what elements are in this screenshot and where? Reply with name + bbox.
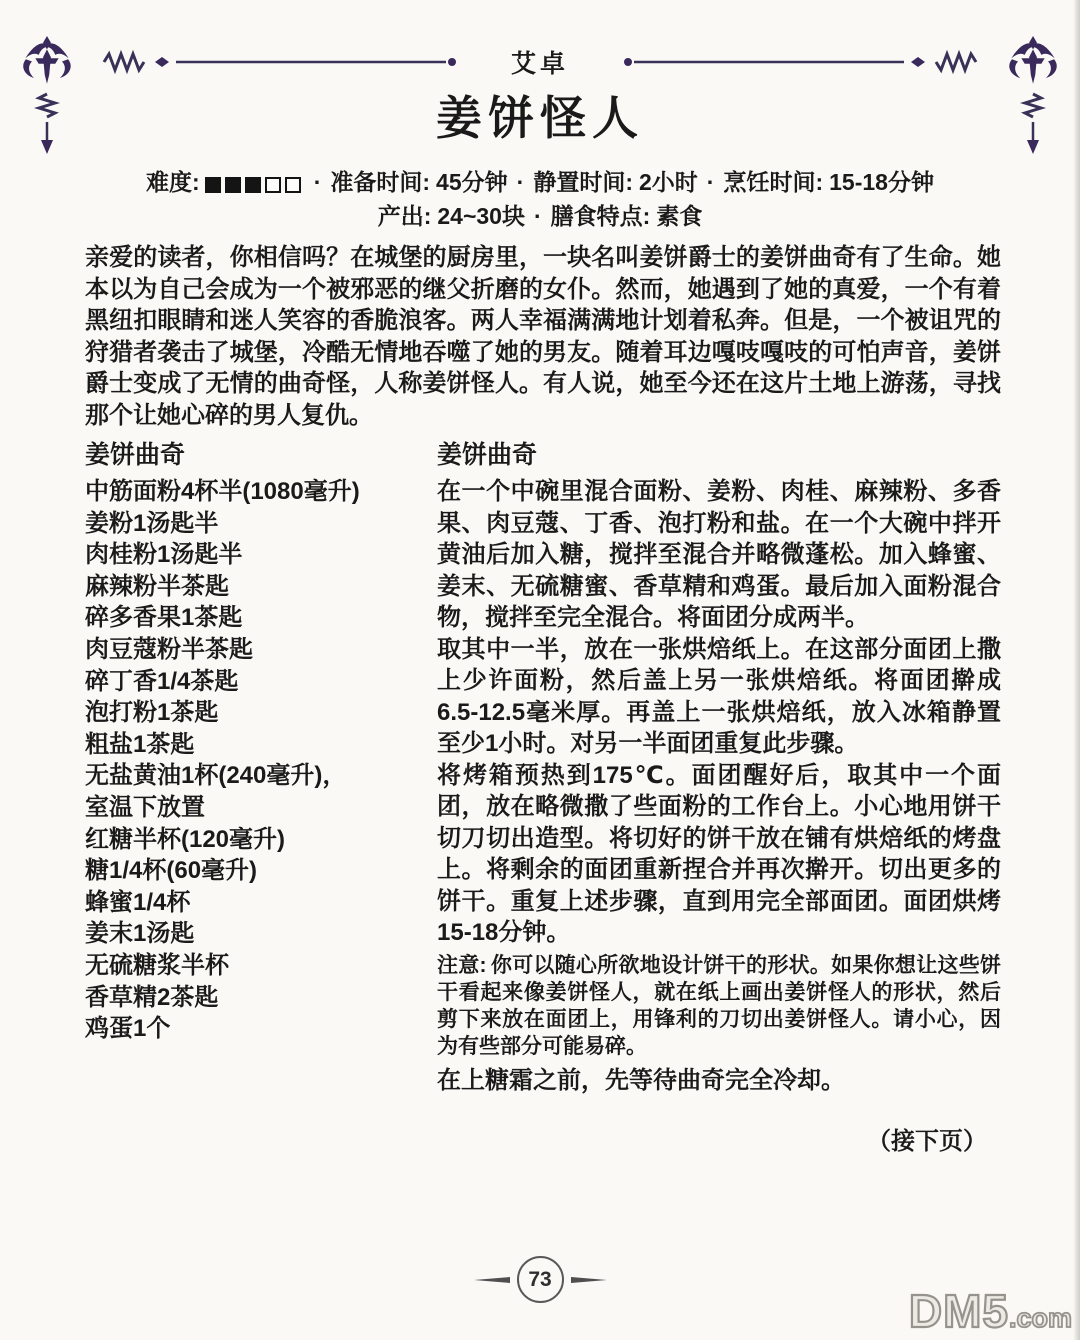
meta-line-2: 产出:24~30块·膳食特点:素食 [0, 200, 1080, 233]
meta-separator: · [517, 169, 525, 195]
instruction-paragraph: 在一个中碗里混合面粉、姜粉、肉桂、麻辣粉、多香果、肉豆蔻、丁香、泡打粉和盐。在一… [437, 476, 1001, 634]
diet-value: 素食 [656, 203, 702, 229]
meta-separator: · [707, 169, 715, 195]
meta-separator: · [314, 169, 322, 195]
ingredient-item: 无硫糖浆半杯 [85, 950, 435, 982]
instruction-paragraph: 将烤箱预热到175℃。面团醒好后，取其中一个面团，放在略微撒了些面粉的工作台上。… [437, 760, 1001, 949]
prep-time-value: 45分钟 [436, 169, 508, 195]
difficulty-square-empty [285, 177, 301, 193]
instruction-paragraph: 取其中一半，放在一张烘焙纸上。在这部分面团上撒上少许面粉，然后盖上另一张烘焙纸。… [437, 634, 1001, 760]
yield-value: 24~30块 [437, 203, 525, 229]
note-text: 你可以随心所欲地设计饼干的形状。如果你想让这些饼干看起来像姜饼怪人，就在纸上画出… [437, 954, 1001, 1058]
difficulty-square-filled [245, 177, 261, 193]
instructions-header: 姜饼曲奇 [437, 440, 1001, 471]
ingredient-item: 姜末1汤匙 [85, 918, 435, 950]
meta-line-1: 难度:·准备时间:45分钟·静置时间:2小时·烹饪时间:15-18分钟 [0, 166, 1080, 200]
rest-time-value: 2小时 [639, 169, 698, 195]
ingredient-item: 中筋面粉4杯半(1080毫升) [85, 476, 435, 508]
instructions-column: 姜饼曲奇 在一个中碗里混合面粉、姜粉、肉桂、麻辣粉、多香果、肉豆蔻、丁香、泡打粉… [437, 440, 1001, 1156]
ingredient-item: 泡打粉1茶匙 [85, 697, 435, 729]
ingredient-item: 麻辣粉半茶匙 [85, 571, 435, 603]
recipe-meta: 难度:·准备时间:45分钟·静置时间:2小时·烹饪时间:15-18分钟 产出:2… [0, 166, 1080, 233]
ingredient-item: 粗盐1茶匙 [85, 729, 435, 761]
scan-edge-shadow [1073, 0, 1080, 1340]
watermark-main: DM5 [909, 1285, 1009, 1337]
ingredient-item: 姜粉1汤匙半 [85, 508, 435, 540]
cookbook-page: 艾卓 姜饼怪人 难度:·准备时间:45分钟·静置时间:2小时·烹饪时间:15-1… [0, 0, 1080, 1340]
difficulty-meter [205, 167, 305, 200]
rest-time-label: 静置时间: [533, 169, 633, 195]
story-intro: 亲爱的读者，你相信吗？在城堡的厨房里，一块名叫姜饼爵士的姜饼曲奇有了生命。她本以… [85, 242, 1001, 431]
page-title: 姜饼怪人 [0, 82, 1080, 148]
ingredient-item: 室温下放置 [85, 792, 435, 824]
cook-time-value: 15-18分钟 [829, 169, 934, 195]
note-label: 注意: [437, 954, 487, 977]
ingredient-item: 无盐黄油1杯(240毫升)， [85, 760, 435, 792]
ingredient-item: 鸡蛋1个 [85, 1013, 435, 1045]
diet-label: 膳食特点: [551, 203, 651, 229]
ingredient-item: 红糖半杯(120毫升) [85, 824, 435, 856]
ingredient-item: 肉豆蔻粉半茶匙 [85, 634, 435, 666]
meta-separator: · [534, 203, 542, 229]
instruction-paragraphs: 在一个中碗里混合面粉、姜粉、肉桂、麻辣粉、多香果、肉豆蔻、丁香、泡打粉和盐。在一… [437, 476, 1001, 949]
footer-rule-right [571, 1276, 607, 1284]
prep-time-label: 准备时间: [330, 169, 430, 195]
footer-rule-left [474, 1276, 510, 1284]
recipe-note: 注意:你可以随心所欲地设计饼干的形状。如果你想让这些饼干看起来像姜饼怪人，就在纸… [437, 952, 1001, 1060]
cook-time-label: 烹饪时间: [723, 169, 823, 195]
watermark-logo: DM5.com [909, 1288, 1072, 1334]
difficulty-square-empty [265, 177, 281, 193]
ingredient-item: 碎多香果1茶匙 [85, 602, 435, 634]
page-number: 73 [528, 1268, 551, 1292]
ingredients-column: 姜饼曲奇 中筋面粉4杯半(1080毫升)姜粉1汤匙半肉桂粉1汤匙半麻辣粉半茶匙碎… [85, 440, 435, 1045]
difficulty-label: 难度: [146, 169, 200, 195]
page-number-badge: 73 [517, 1256, 564, 1303]
watermark-suffix: .com [1009, 1303, 1072, 1333]
difficulty-square-filled [225, 177, 241, 193]
continued-next-page: （接下页） [437, 1121, 1001, 1156]
ingredients-list: 中筋面粉4杯半(1080毫升)姜粉1汤匙半肉桂粉1汤匙半麻辣粉半茶匙碎多香果1茶… [85, 476, 435, 1045]
ingredient-item: 香草精2茶匙 [85, 982, 435, 1014]
yield-label: 产出: [378, 203, 432, 229]
chapter-label: 艾卓 [0, 44, 1080, 80]
difficulty-square-filled [205, 177, 221, 193]
ingredient-item: 蜂蜜1/4杯 [85, 887, 435, 919]
ingredient-item: 碎丁香1/4茶匙 [85, 666, 435, 698]
ingredient-item: 肉桂粉1汤匙半 [85, 539, 435, 571]
ingredient-item: 糖1/4杯(60毫升) [85, 855, 435, 887]
cooling-note: 在上糖霜之前，先等待曲奇完全冷却。 [437, 1065, 1001, 1096]
ingredients-header: 姜饼曲奇 [85, 440, 435, 471]
